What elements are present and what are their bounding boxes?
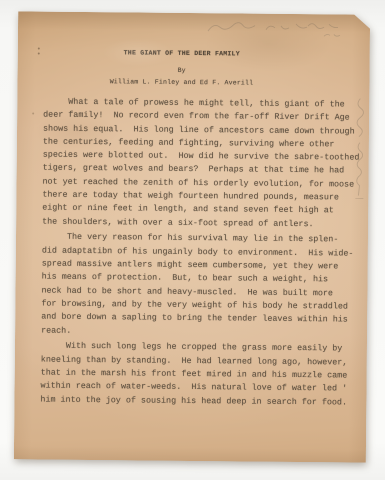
- byline-label: By: [42, 66, 322, 76]
- paper-speck: [38, 53, 40, 55]
- text-line: the shoulders, with over a six-foot spre…: [42, 215, 360, 231]
- page-title: THE GIANT OF THE DEER FAMILY: [42, 49, 322, 59]
- paragraph: What a tale of prowess he might tell, th…: [42, 96, 361, 232]
- paragraph: With such long legs he cropped the grass…: [40, 340, 359, 410]
- paper-speck: [38, 48, 40, 50]
- paragraph: The very reason for his survival may lie…: [41, 231, 360, 340]
- heading-block: THE GIANT OF THE DEER FAMILY By William …: [41, 49, 321, 88]
- authors-line: William L. Finley and Ed F. Averill: [41, 78, 321, 88]
- manuscript-page: THE GIANT OF THE DEER FAMILY By William …: [14, 11, 370, 462]
- paper-speck: [32, 112, 34, 114]
- scan-background: THE GIANT OF THE DEER FAMILY By William …: [0, 0, 385, 480]
- pencil-scribble-top-icon: [204, 15, 344, 44]
- text-line: him into the joy of sousing his head dee…: [40, 393, 358, 409]
- manuscript-body: What a tale of prowess he might tell, th…: [40, 96, 361, 412]
- paper-shadow-wrap: THE GIANT OF THE DEER FAMILY By William …: [0, 0, 385, 480]
